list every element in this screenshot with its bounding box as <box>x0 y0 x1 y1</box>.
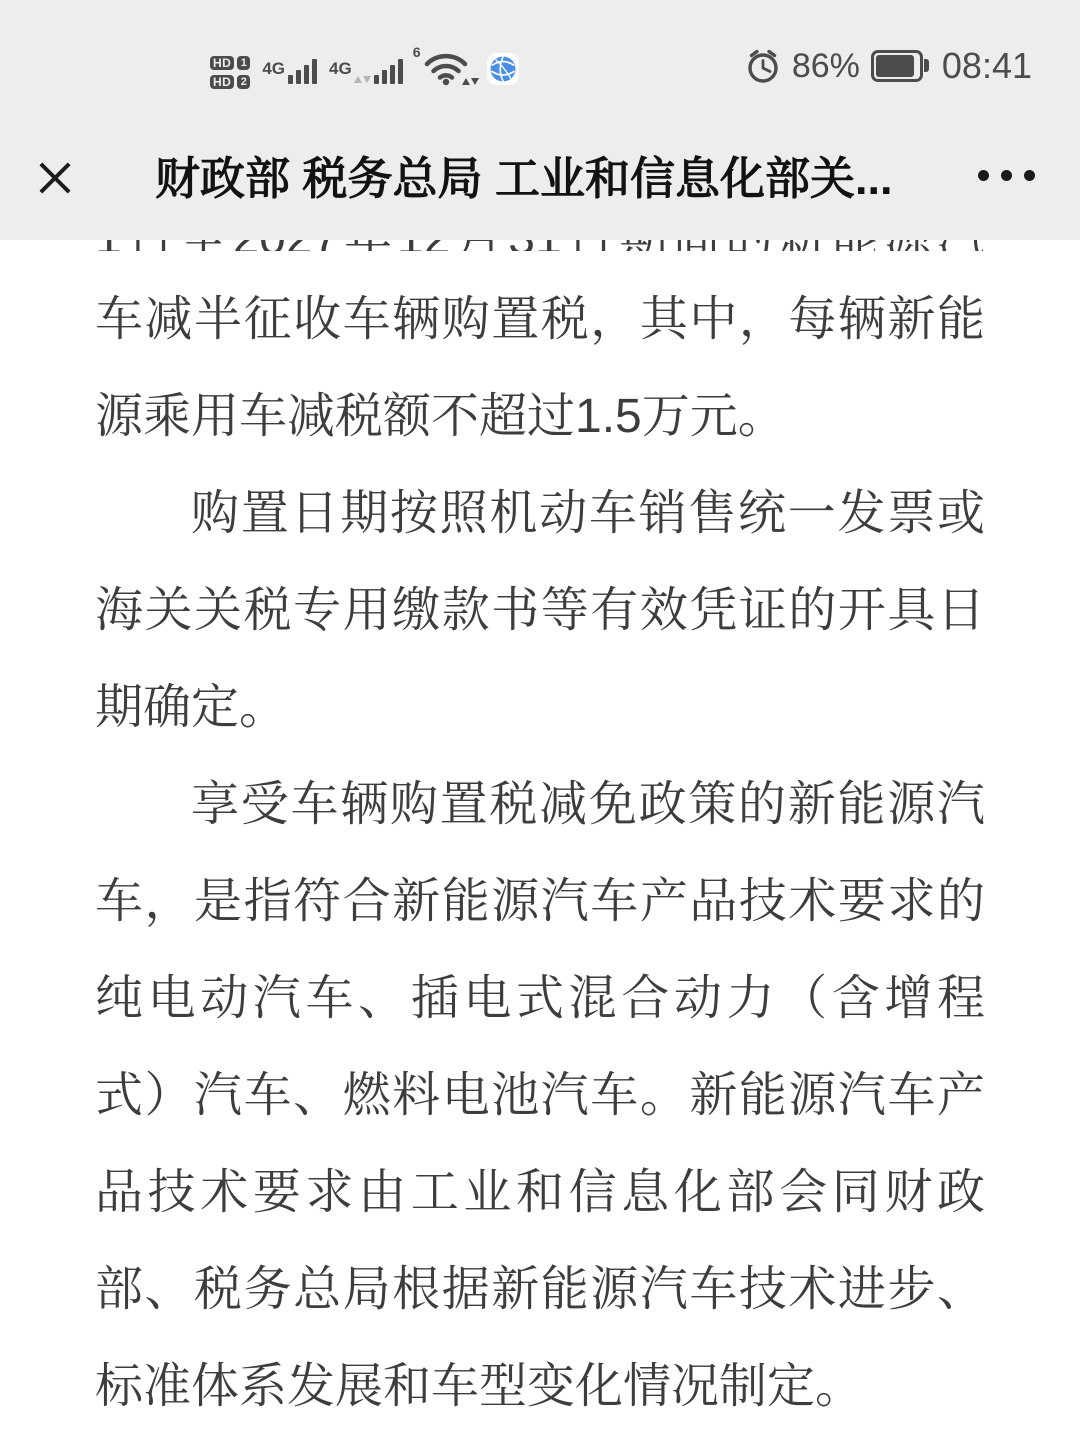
network-type-label: 4G <box>262 60 285 77</box>
battery-percent: 86% <box>792 47 860 86</box>
signal-icon-sim2: 4G <box>329 59 403 90</box>
status-time: 08:41 <box>942 45 1032 87</box>
hd-badge-sim2: HD 2 <box>210 75 250 89</box>
text-line: 购置日期按照机动车销售统一发票或 <box>95 465 985 562</box>
article-body: 1日至2027年12月31日期间的新能源汽 车减半征收车辆购置税，其中，每辆新能… <box>95 240 985 1435</box>
page-title: 财政部 税务总局 工业和信息化部关... <box>155 118 893 240</box>
article-lines: 车减半征收车辆购置税，其中，每辆新能源乘用车减税额不超过1.5万元。购置日期按照… <box>95 271 985 1435</box>
text-line-clipped: 1日至2027年12月31日期间的新能源汽 <box>95 240 985 251</box>
cell-signal-bars-icon <box>288 59 317 84</box>
signal-icon-sim1: 4G <box>262 59 317 90</box>
network-type-label: 4G <box>329 60 352 77</box>
hd-voice-badges: HD 1 HD 2 <box>210 56 250 89</box>
status-left-cluster: HD 1 HD 2 4G 4G <box>210 42 519 90</box>
text-line: 式）汽车、燃料电池汽车。新能源汽车产 <box>95 1047 985 1144</box>
more-menu-icon[interactable] <box>978 170 1035 181</box>
text-line: 源乘用车减税额不超过1.5万元。 <box>95 368 985 465</box>
text-line: 享受车辆购置税减免政策的新能源汽 <box>95 756 985 853</box>
hd-badge-sim1: HD 1 <box>210 56 250 70</box>
wifi6-icon: 6 <box>415 44 477 90</box>
phone-screen: HD 1 HD 2 4G 4G <box>0 0 1080 1440</box>
title-bar: 财政部 税务总局 工业和信息化部关... <box>0 118 1080 240</box>
text-line: 车，是指符合新能源汽车产品技术要求的 <box>95 853 985 950</box>
text-line: 车减半征收车辆购置税，其中，每辆新能 <box>95 271 985 368</box>
text-line: 品技术要求由工业和信息化部会同财政 <box>95 1144 985 1241</box>
battery-icon <box>871 50 923 82</box>
text-line: 部、税务总局根据新能源汽车技术进步、 <box>95 1241 985 1338</box>
hd-icon: HD <box>210 75 234 89</box>
wifi-6-label: 6 <box>413 44 421 60</box>
cell-signal-bars-icon <box>374 59 403 84</box>
text-line: 标准体系发展和车型变化情况制定。 <box>95 1338 985 1435</box>
close-icon[interactable] <box>37 160 73 196</box>
wifi-traffic-arrows-icon <box>462 78 479 85</box>
status-right-cluster: 86% 08:41 <box>745 42 1032 90</box>
text-line: 海关关税专用缴款书等有效凭证的开具日 <box>95 562 985 659</box>
text-line: 期确定。 <box>95 659 985 756</box>
hd-icon: HD <box>210 56 234 70</box>
clipped-text-line: 1日至2027年12月31日期间的新能源汽 <box>95 240 985 251</box>
sim2-number: 2 <box>237 75 250 89</box>
network-globe-icon <box>487 53 519 85</box>
status-bar: HD 1 HD 2 4G 4G <box>0 0 1080 118</box>
sim1-number: 1 <box>237 56 250 70</box>
alarm-clock-icon <box>745 47 781 85</box>
text-line: 纯电动汽车、插电式混合动力（含增程 <box>95 950 985 1047</box>
data-traffic-arrows-icon <box>354 76 371 83</box>
